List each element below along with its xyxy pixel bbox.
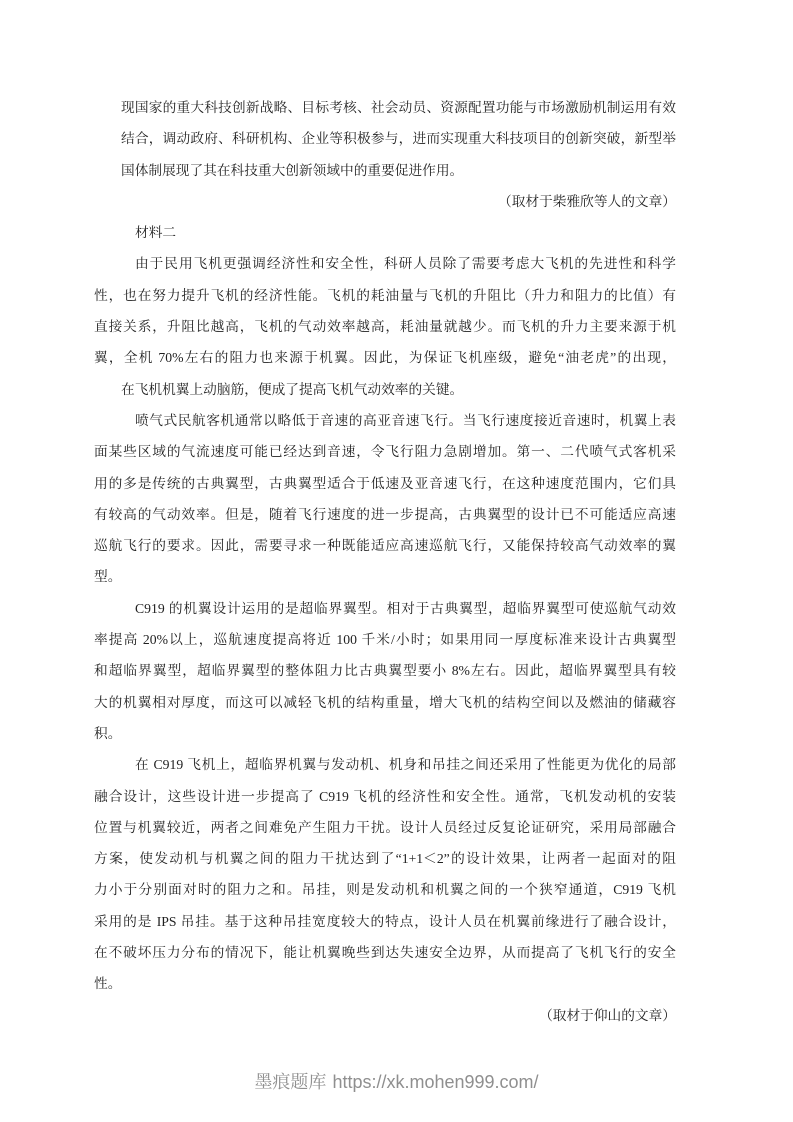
text-line: 翼，全机 70%左右的阻力也来源于机翼。因此，为保证飞机座级，避免“油老虎”的出… <box>94 342 676 373</box>
text-line: 性。 <box>94 968 676 999</box>
text-line: 性，也在努力提升飞机的经济性能。飞机的耗油量与飞机的升阻比（升力和阻力的比值）有 <box>94 280 676 311</box>
paragraph: 由于民用飞机更强调经济性和安全性，科研人员除了需要考虑大飞机的先进性和科学性，也… <box>0 248 793 404</box>
document-page: 现国家的重大科技创新战略、目标考核、社会动员、资源配置功能与市场激励机制运用有效… <box>0 0 793 1122</box>
text-line: 在飞机机翼上动脑筋，便成了提高飞机气动效率的关键。 <box>121 374 676 405</box>
text-line: 国体制展现了其在科技重大创新领域中的重要促进作用。 <box>121 155 676 186</box>
paragraph: 在 C919 飞机上，超临界机翼与发动机、机身和吊挂之间还采用了性能更为优化的局… <box>0 749 793 999</box>
text-line: 和超临界翼型，超临界翼型的整体阻力比古典翼型要小 8%左右。因此，超临界翼型具有… <box>94 655 676 686</box>
text-line: 大的机翼相对厚度，而这可以减轻飞机的结构重量，增大飞机的结构空间以及燃油的储藏容 <box>94 687 676 718</box>
text-line: 结合，调动政府、科研机构、企业等积极参与，进而实现重大科技项目的创新突破，新型举 <box>121 123 676 154</box>
text-line: 融合设计，这些设计进一步提高了 C919 飞机的经济性和安全性。通常，飞机发动机… <box>94 781 676 812</box>
attribution: （取材于仰山的文章） <box>0 1000 793 1031</box>
page-footer: 墨痕题库https://xk.mohen999.com/ <box>0 1068 793 1096</box>
text-line: C919 的机翼设计运用的是超临界翼型。相对于古典翼型，超临界翼型可使巡航气动效 <box>135 593 676 624</box>
text-line: 有较高的气动效率。但是，随着飞行速度的进一步提高，古典翼型的设计已不可能适应高速 <box>94 499 676 530</box>
text-line: 力小于分别面对时的阻力之和。吊挂，则是发动机和机翼之间的一个狭窄通道，C919 … <box>94 874 676 905</box>
text-line: 用的多是传统的古典翼型，古典翼型适合于低速及亚音速飞行，在这种速度范围内，它们具 <box>94 468 676 499</box>
text-line: 采用的是 IPS 吊挂。基于这种吊挂宽度较大的特点，设计人员在机翼前缘进行了融合… <box>94 906 676 937</box>
heading: 材料二 <box>0 217 793 248</box>
text-line: 巡航飞行的要求。因此，需要寻求一种既能适应高速巡航飞行，又能保持较高气动效率的翼 <box>94 530 676 561</box>
text-line: 现国家的重大科技创新战略、目标考核、社会动员、资源配置功能与市场激励机制运用有效 <box>121 92 676 123</box>
text-line: 型。 <box>94 561 676 592</box>
text-line: （取材于仰山的文章） <box>94 1000 676 1031</box>
text-line: 方案，使发动机与机翼之间的阻力干扰达到了“1+1＜2”的设计效果，让两者一起面对… <box>94 843 676 874</box>
attribution: （取材于柴雅欣等人的文章） <box>0 186 793 217</box>
footer-url: https://xk.mohen999.com/ <box>332 1072 538 1092</box>
paragraph-continued: 现国家的重大科技创新战略、目标考核、社会动员、资源配置功能与市场激励机制运用有效… <box>0 92 793 186</box>
text-line: 由于民用飞机更强调经济性和安全性，科研人员除了需要考虑大飞机的先进性和科学 <box>135 248 676 279</box>
text-line: 直接关系，升阻比越高，飞机的气动效率越高，耗油量就越少。而飞机的升力主要来源于机 <box>94 311 676 342</box>
text-line: 材料二 <box>135 217 676 248</box>
paragraph: C919 的机翼设计运用的是超临界翼型。相对于古典翼型，超临界翼型可使巡航气动效… <box>0 593 793 749</box>
footer-site-name: 墨痕题库 <box>254 1072 326 1092</box>
text-line: （取材于柴雅欣等人的文章） <box>94 186 676 217</box>
text-line: 在不破坏压力分布的情况下，能让机翼晚些到达失速安全边界，从而提高了飞机飞行的安全 <box>94 937 676 968</box>
text-line: 位置与机翼较近，两者之间难免产生阻力干扰。设计人员经过反复论证研究，采用局部融合 <box>94 812 676 843</box>
text-line: 积。 <box>94 718 676 749</box>
paragraph: 喷气式民航客机通常以略低于音速的高亚音速飞行。当飞行速度接近音速时，机翼上表面某… <box>0 405 793 593</box>
text-line: 在 C919 飞机上，超临界机翼与发动机、机身和吊挂之间还采用了性能更为优化的局… <box>135 749 676 780</box>
document-body: 现国家的重大科技创新战略、目标考核、社会动员、资源配置功能与市场激励机制运用有效… <box>0 92 793 1031</box>
text-line: 率提高 20%以上，巡航速度提高将近 100 千米/小时；如果用同一厚度标准来设… <box>94 624 676 655</box>
text-line: 喷气式民航客机通常以略低于音速的高亚音速飞行。当飞行速度接近音速时，机翼上表 <box>135 405 676 436</box>
text-line: 面某些区域的气流速度可能已经达到音速，令飞行阻力急剧增加。第一、二代喷气式客机采 <box>94 436 676 467</box>
